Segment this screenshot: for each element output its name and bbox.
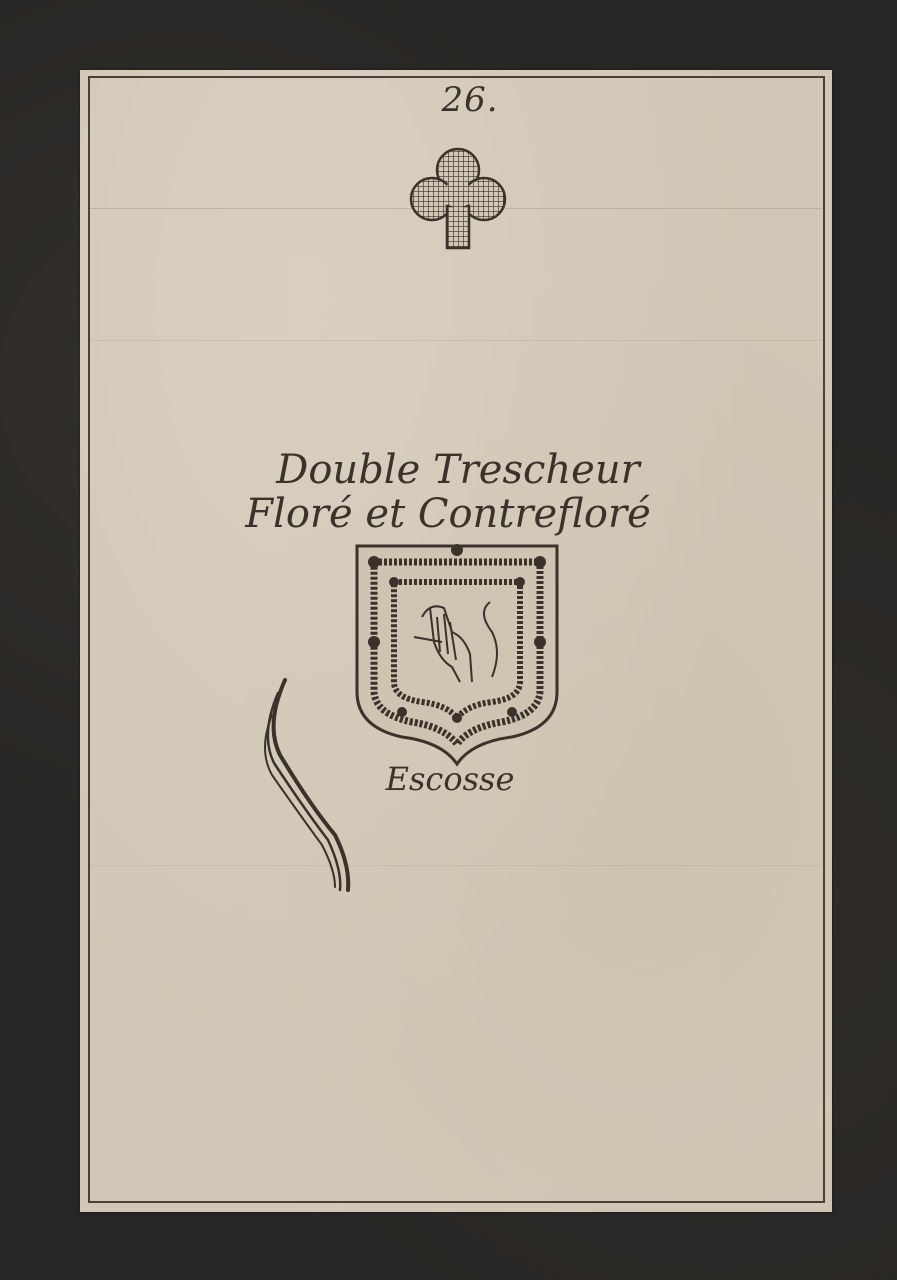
card-number: 26.	[425, 80, 515, 120]
shield-caption: Escosse	[370, 760, 530, 798]
coat-of-arms-shield	[352, 542, 562, 770]
title-line-2: Floré et Contrefloré	[198, 492, 698, 536]
playing-card: 26. Double Trescheur Floré et Contreflor…	[80, 70, 832, 1212]
club-suit-icon	[398, 136, 518, 256]
title-line-1: Double Trescheur	[276, 447, 639, 493]
paper-crease	[90, 340, 822, 341]
paper-crease	[90, 865, 822, 866]
card-title: Double Trescheur Floré et Contrefloré	[218, 448, 698, 536]
quill-feather-icon	[250, 675, 360, 900]
